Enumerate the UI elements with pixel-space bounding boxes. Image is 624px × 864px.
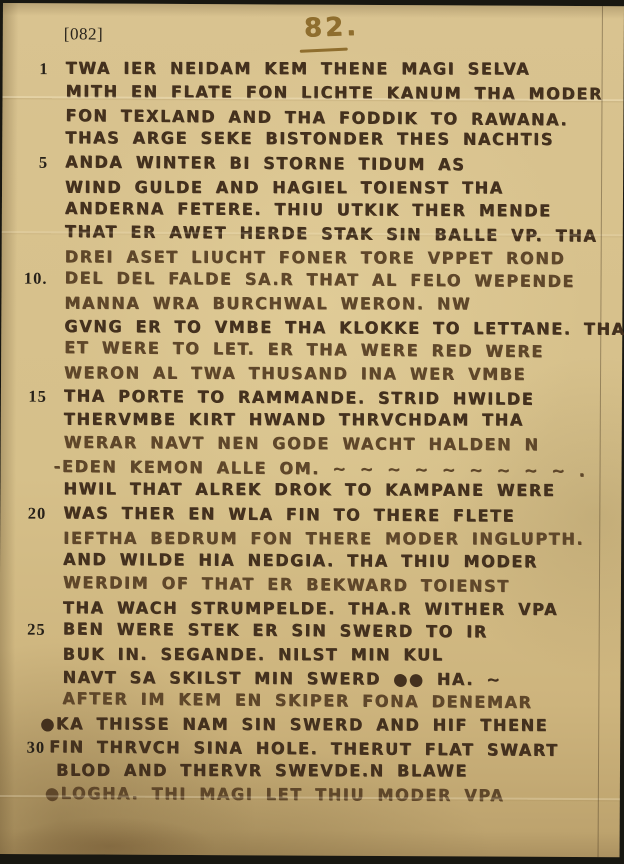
line-number: 25	[0, 619, 46, 639]
manuscript-line-text: -EDEN KEMON ALLE OM. ~ ~ ~ ~ ~ ~ ~ ~ ~ .	[53, 456, 586, 480]
manuscript-line-text: MANNA WRA BURCHWAL WERON. NW	[64, 293, 471, 313]
manuscript-text-block: 1TWA IER NEIDAM KEM THENE MAGI SELVAMITH…	[0, 3, 624, 857]
line-number: 1	[3, 59, 49, 79]
manuscript-line-text: WERDIM OF THAT ER BEKWARD TOIENST	[63, 572, 510, 595]
manuscript-line-text: ●KA THISSE NAM SIN SWERD AND HIF THENE	[40, 714, 548, 735]
manuscript-line: ET WERE TO LET. ER THA WERE RED WERE	[1, 337, 622, 364]
manuscript-line: THERVMBE KIRT HWAND THRVCHDAM THA	[1, 409, 622, 432]
manuscript-line: WIND GULDE AND HAGIEL TOIENST THA	[2, 177, 623, 200]
manuscript-line-text: HWIL THAT ALREK DROK TO KAMPANE WERE	[63, 479, 555, 500]
manuscript-line-text: NAVT SA SKILST MIN SWERD ●● HA. ~	[62, 668, 501, 690]
manuscript-line-text: BEN WERE STEK ER SIN SWERD TO IR	[63, 619, 488, 642]
manuscript-line: 25BEN WERE STEK ER SIN SWERD TO IR	[0, 618, 621, 644]
manuscript-line-text: THAS ARGE SEKE BISTONDER THES NACHTIS	[65, 128, 554, 149]
line-number: 20	[0, 503, 46, 523]
page-edge	[598, 6, 624, 857]
manuscript-line: THAS ARGE SEKE BISTONDER THES NACHTIS	[2, 128, 623, 152]
manuscript-line-text: WAS THER EN WLA FIN TO THERE FLETE	[63, 502, 515, 525]
manuscript-line: IEFTHA BEDRUM FON THERE MODER INGLUPTH.	[0, 528, 621, 551]
manuscript-line-text: ANDERNA FETERE. THIU UTKIK THER MENDE	[65, 198, 552, 220]
manuscript-line-text: THA PORTE TO RAMMANDE. STRID HWILDE	[64, 386, 534, 409]
line-number: 30	[0, 738, 45, 758]
manuscript-line: WERAR NAVT NEN GODE WACHT HALDEN N	[1, 432, 622, 457]
manuscript-line: WERDIM OF THAT ER BEKWARD TOIENST	[0, 572, 621, 599]
manuscript-line-text: DREI ASET LIUCHT FONER TORE VPPET ROND	[65, 247, 566, 268]
manuscript-line: BUK IN. SEGANDE. NILST MIN KUL	[0, 644, 621, 667]
manuscript-line-text: FON TEXLAND AND THA FODDIK TO RAWANA.	[65, 105, 568, 129]
manuscript-line: AFTER IM KEM EN SKIPER FONA DENEMAR	[0, 688, 620, 715]
manuscript-line-text: TWA IER NEIDAM KEM THENE MAGI SELVA	[66, 58, 531, 78]
manuscript-line: 15THA PORTE TO RAMMANDE. STRID HWILDE	[1, 386, 622, 412]
manuscript-line-text: MITH EN FLATE FON LICHTE KANUM THA MODER	[65, 82, 603, 104]
manuscript-line-text: FIN THRVCH SINA HOLE. THERUT FLAT SWART	[49, 737, 559, 760]
manuscript-page: [082] 82. 1TWA IER NEIDAM KEM THENE MAGI…	[0, 3, 624, 857]
manuscript-line-text: THA WACH STRUMPELDE. THA.R WITHER VPA	[63, 598, 558, 619]
manuscript-line-text: BUK IN. SEGANDE. NILST MIN KUL	[63, 644, 444, 664]
manuscript-line: 30FIN THRVCH SINA HOLE. THERUT FLAT SWAR…	[0, 737, 620, 763]
manuscript-line: WERON AL TWA THUSAND INA WER VMBE	[1, 363, 622, 387]
manuscript-scan: { "page": { "bracket_label": "[082]", "h…	[0, 0, 624, 864]
manuscript-line: AND WILDE HIA NEDGIA. THA THIU MODER	[0, 549, 621, 574]
manuscript-line-text: WERAR NAVT NEN GODE WACHT HALDEN N	[64, 433, 540, 455]
manuscript-line: MANNA WRA BURCHWAL WERON. NW	[1, 293, 622, 316]
line-number: 15	[1, 387, 47, 407]
manuscript-line-text: THERVMBE KIRT HWAND THRVCHDAM THA	[64, 409, 524, 429]
manuscript-line: 20WAS THER EN WLA FIN TO THERE FLETE	[0, 502, 621, 528]
line-number: 10.	[1, 268, 47, 288]
manuscript-line-text: AFTER IM KEM EN SKIPER FONA DENEMAR	[62, 688, 532, 712]
manuscript-line-text: WERON AL TWA THUSAND INA WER VMBE	[64, 363, 526, 384]
manuscript-line: BLOD AND THERVR SWEVDE.N BLAWE	[0, 760, 620, 783]
manuscript-line: THA WACH STRUMPELDE. THA.R WITHER VPA	[0, 598, 621, 622]
manuscript-line: DREI ASET LIUCHT FONER TORE VPPET ROND	[2, 247, 623, 271]
manuscript-line-text: BLOD AND THERVR SWEVDE.N BLAWE	[56, 760, 468, 780]
manuscript-line-text: IEFTHA BEDRUM FON THERE MODER INGLUPTH.	[63, 528, 584, 548]
manuscript-line: ●KA THISSE NAM SIN SWERD AND HIF THENE	[0, 714, 620, 738]
manuscript-line-text: DEL DEL FALDE SA.R THAT AL FELO WEPENDE	[64, 268, 575, 291]
manuscript-line-text: ANDA WINTER BI STORNE TIDUM AS	[65, 151, 465, 173]
manuscript-line-text: AND WILDE HIA NEDGIA. THA THIU MODER	[63, 549, 538, 571]
manuscript-line-text: ET WERE TO LET. ER THA WERE RED WERE	[64, 337, 544, 361]
manuscript-line: 1TWA IER NEIDAM KEM THENE MAGI SELVA	[3, 58, 624, 81]
line-number: 5	[2, 152, 48, 172]
manuscript-line: 10.DEL DEL FALDE SA.R THAT AL FELO WEPEN…	[1, 267, 622, 293]
manuscript-line-text: GVNG ER TO VMBE THA KLOKKE TO LETTANE. T…	[64, 317, 624, 340]
manuscript-line: HWIL THAT ALREK DROK TO KAMPANE WERE	[0, 479, 621, 503]
manuscript-line-text: WIND GULDE AND HAGIEL TOIENST THA	[65, 177, 504, 197]
manuscript-line: ANDERNA FETERE. THIU UTKIK THER MENDE	[2, 198, 623, 223]
manuscript-line: MITH EN FLATE FON LICHTE KANUM THA MODER	[2, 81, 623, 106]
manuscript-line: 5ANDA WINTER BI STORNE TIDUM AS	[2, 151, 623, 177]
